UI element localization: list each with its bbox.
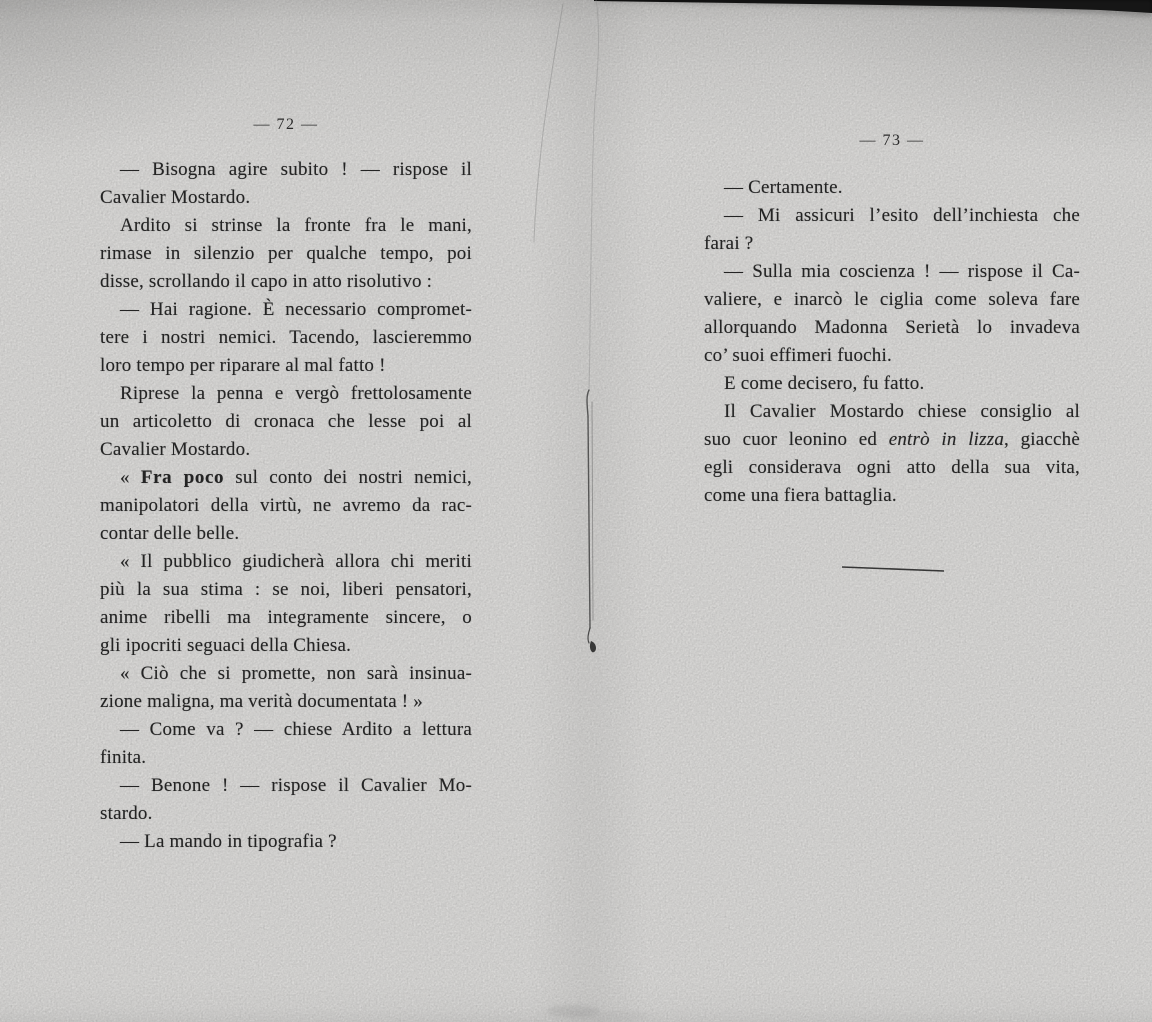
text-line: — Bisogna agire subito ! — rispose il — [100, 156, 472, 184]
text-line: farai ? — [704, 230, 1080, 258]
text-segment: — Certamente. — [724, 177, 843, 198]
text-line: — La mando in tipografia ? — [100, 828, 472, 856]
text-line: Cavalier Mostardo. — [100, 184, 472, 212]
page-right: — 73 — — Certamente.— Mi assicuri l’esit… — [704, 130, 1080, 510]
text-segment: finita. — [100, 747, 146, 768]
text-segment: Ardito si strinse la fronte fra le mani, — [120, 215, 472, 236]
page-number-left: — 72 — — [100, 114, 472, 136]
text-segment: contar delle belle. — [100, 523, 239, 544]
text-line: — Sulla mia coscienza ! — rispose il Ca- — [704, 258, 1080, 286]
text-segment: sul conto dei nostri nemici, — [224, 467, 472, 488]
text-segment: valiere, e inarcò le ciglia come soleva … — [704, 289, 1080, 310]
text-line: anime ribelli ma integramente sincere, o — [100, 604, 472, 632]
text-segment: « Ciò che si promette, non sarà insinua- — [120, 663, 472, 684]
text-line: — Come va ? — chiese Ardito a lettura — [100, 716, 472, 744]
text-segment: manipolatori della virtù, ne avremo da r… — [100, 495, 472, 516]
text-segment: egli considerava ogni atto della sua vit… — [704, 457, 1080, 478]
text-line: stardo. — [100, 800, 472, 828]
text-segment: — La mando in tipografia ? — [120, 831, 337, 852]
book-scan-spread: — 72 — — Bisogna agire subito ! — rispos… — [0, 0, 1152, 1022]
text-line: tere i nostri nemici. Tacendo, lascierem… — [100, 324, 472, 352]
text-line: più la sua stima : se noi, liberi pensat… — [100, 576, 472, 604]
text-line: contar delle belle. — [100, 520, 472, 548]
text-segment: zione maligna, ma verità documentata ! » — [100, 691, 423, 712]
page-number-right: — 73 — — [704, 130, 1080, 152]
page-text-left: — Bisogna agire subito ! — rispose ilCav… — [100, 156, 472, 856]
text-line: « Fra poco sul conto dei nostri nemici, — [100, 464, 472, 492]
italic-text-segment: entrò in lizza — [889, 429, 1004, 450]
text-segment: — Hai ragione. È necessario compromet- — [120, 299, 472, 320]
text-line: Il Cavalier Mostardo chiese consiglio al — [704, 398, 1080, 426]
text-line: — Certamente. — [704, 174, 1080, 202]
text-line: gli ipocriti seguaci della Chiesa. — [100, 632, 472, 660]
text-line: E come decisero, fu fatto. — [704, 370, 1080, 398]
text-segment: « Il pubblico giudicherà allora chi meri… — [120, 551, 472, 572]
text-line: allorquando Madonna Serietà lo invadeva — [704, 314, 1080, 342]
page-text-right: — Certamente.— Mi assicuri l’esito dell’… — [704, 174, 1080, 510]
scan-edge-black-wedge — [594, 0, 1152, 13]
text-line: manipolatori della virtù, ne avremo da r… — [100, 492, 472, 520]
text-segment: suo cuor leonino ed — [704, 429, 889, 450]
text-segment: co’ suoi effimeri fuochi. — [704, 345, 892, 366]
page-left: — 72 — — Bisogna agire subito ! — rispos… — [100, 114, 472, 856]
text-segment: disse, scrollando il capo in atto risolu… — [100, 271, 432, 292]
text-line: come una fiera battaglia. — [704, 482, 1080, 510]
text-segment: più la sua stima : se noi, liberi pensat… — [100, 579, 472, 600]
text-segment: — Mi assicuri l’esito dell’inchiesta che — [724, 205, 1080, 226]
text-segment: come una fiera battaglia. — [704, 485, 897, 506]
page-gutter-shadow — [528, 0, 648, 1022]
text-segment: — Benone ! — rispose il Cavalier Mo- — [120, 775, 472, 796]
bold-text-segment: Fra poco — [141, 467, 224, 488]
text-line: un articoletto di cronaca che lesse poi … — [100, 408, 472, 436]
text-segment: Cavalier Mostardo. — [100, 187, 250, 208]
text-line: loro tempo per riparare al mal fatto ! — [100, 352, 472, 380]
text-segment: Cavalier Mostardo. — [100, 439, 250, 460]
text-line: — Hai ragione. È necessario compromet- — [100, 296, 472, 324]
text-segment: tere i nostri nemici. Tacendo, lascierem… — [100, 327, 472, 348]
text-line: egli considerava ogni atto della sua vit… — [704, 454, 1080, 482]
text-segment: Riprese la penna e vergò frettolosamente — [120, 383, 472, 404]
text-line: « Il pubblico giudicherà allora chi meri… — [100, 548, 472, 576]
text-segment: — Bisogna agire subito ! — rispose il — [120, 159, 472, 180]
text-line: valiere, e inarcò le ciglia come soleva … — [704, 286, 1080, 314]
text-segment: — Come va ? — chiese Ardito a lettura — [120, 719, 472, 740]
text-line: disse, scrollando il capo in atto risolu… — [100, 268, 472, 296]
text-line: co’ suoi effimeri fuochi. — [704, 342, 1080, 370]
text-segment: « — [120, 467, 141, 488]
text-line: Cavalier Mostardo. — [100, 436, 472, 464]
text-line: Ardito si strinse la fronte fra le mani, — [100, 212, 472, 240]
text-segment: un articoletto di cronaca che lesse poi … — [100, 411, 472, 432]
text-segment: — Sulla mia coscienza ! — rispose il Ca- — [724, 261, 1080, 282]
text-line: Riprese la penna e vergò frettolosamente — [100, 380, 472, 408]
scan-edge-shadow — [594, 0, 1152, 17]
text-segment: anime ribelli ma integramente sincere, o — [100, 607, 472, 628]
text-line: zione maligna, ma verità documentata ! » — [100, 688, 472, 716]
text-line: finita. — [100, 744, 472, 772]
text-segment: allorquando Madonna Serietà lo invadeva — [704, 317, 1080, 338]
text-segment: , giacchè — [1004, 429, 1080, 450]
section-divider-rule — [842, 567, 944, 571]
text-line: rimase in silenzio per qualche tempo, po… — [100, 240, 472, 268]
text-segment: farai ? — [704, 233, 753, 254]
text-segment: stardo. — [100, 803, 153, 824]
text-line: — Benone ! — rispose il Cavalier Mo- — [100, 772, 472, 800]
text-line: « Ciò che si promette, non sarà insinua- — [100, 660, 472, 688]
text-line: suo cuor leonino ed entrò in lizza, giac… — [704, 426, 1080, 454]
text-line: — Mi assicuri l’esito dell’inchiesta che — [704, 202, 1080, 230]
text-segment: gli ipocriti seguaci della Chiesa. — [100, 635, 351, 656]
text-segment: Il Cavalier Mostardo chiese consiglio al — [724, 401, 1080, 422]
text-segment: loro tempo per riparare al mal fatto ! — [100, 355, 386, 376]
text-segment: rimase in silenzio per qualche tempo, po… — [100, 243, 472, 264]
text-segment: E come decisero, fu fatto. — [724, 373, 924, 394]
